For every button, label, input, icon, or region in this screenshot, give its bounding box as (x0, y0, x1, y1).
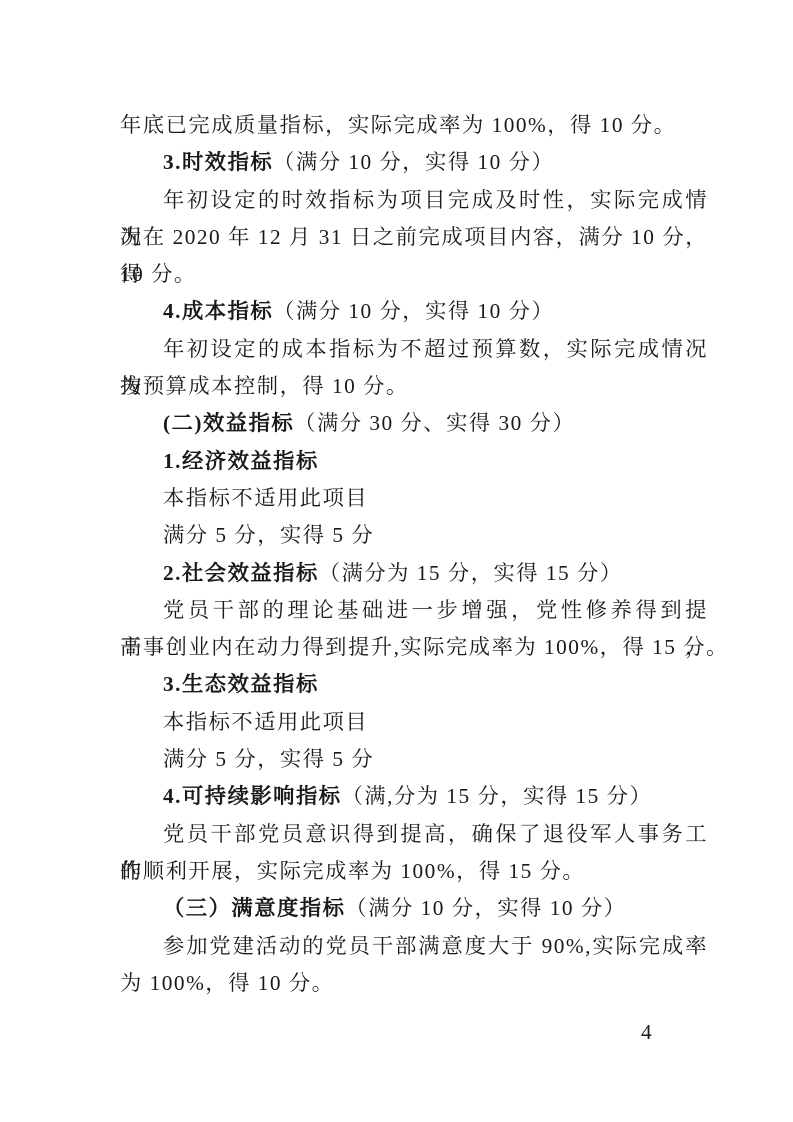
text-line: 1.经济效益指标 (120, 443, 708, 480)
text-line: 满分 5 分，实得 5 分 (120, 517, 708, 554)
heading-text: 2.社会效益指标 (163, 561, 319, 585)
text-line: 年底已完成质量指标，实际完成率为 100%，得 10 分。 (120, 107, 708, 144)
text-line: 4.可持续影响指标（满,分为 15 分，实得 15 分） (120, 778, 708, 815)
body-text: 的顺利开展，实际完成率为 100%，得 15 分。 (120, 859, 585, 883)
page-number: 4 (641, 1014, 652, 1051)
body-text: （满分 10 分，实得 10 分） (345, 896, 626, 920)
body-text: （满分 10 分，实得 10 分） (273, 299, 554, 323)
text-line: (二)效益指标（满分 30 分、实得 30 分） (120, 405, 708, 442)
text-line: （三）满意度指标（满分 10 分，实得 10 分） (120, 890, 708, 927)
document-body: 年底已完成质量指标，实际完成率为 100%，得 10 分。3.时效指标（满分 1… (120, 107, 708, 1002)
text-line: 按预算成本控制，得 10 分。 (120, 368, 708, 405)
text-line: 为在 2020 年 12 月 31 日之前完成项目内容，满分 10 分，得 (120, 219, 708, 256)
body-text: （满分为 15 分，实得 15 分） (319, 561, 623, 585)
heading-text: 1.经济效益指标 (163, 449, 319, 473)
text-line: 3.时效指标（满分 10 分，实得 10 分） (120, 144, 708, 181)
text-line: 的顺利开展，实际完成率为 100%，得 15 分。 (120, 853, 708, 890)
body-text: 满分 5 分，实得 5 分 (163, 747, 374, 771)
body-text: 本指标不适用此项目 (163, 710, 368, 734)
text-line: 2.社会效益指标（满分为 15 分，实得 15 分） (120, 555, 708, 592)
heading-text: 3.生态效益指标 (163, 672, 319, 696)
text-line: 党员干部的理论基础进一步增强，党性修养得到提高， (120, 592, 708, 629)
heading-text: (二)效益指标 (163, 411, 294, 435)
body-text: 干事创业内在动力得到提升,实际完成率为 100%，得 15 分。 (120, 635, 729, 659)
text-line: 本指标不适用此项目 (120, 480, 708, 517)
body-text: （满分 30 分、实得 30 分） (294, 411, 575, 435)
text-line: 4.成本指标（满分 10 分，实得 10 分） (120, 293, 708, 330)
text-line: 为 100%，得 10 分。 (120, 965, 708, 1002)
text-line: 参加党建活动的党员干部满意度大于 90%,实际完成率 (120, 928, 708, 965)
heading-text: （三）满意度指标 (163, 896, 345, 920)
body-text: 参加党建活动的党员干部满意度大于 90%,实际完成率 (163, 934, 708, 958)
text-line: 10 分。 (120, 256, 708, 293)
heading-text: 4.成本指标 (163, 299, 273, 323)
text-line: 满分 5 分，实得 5 分 (120, 741, 708, 778)
text-line: 年初设定的成本指标为不超过预算数，实际完成情况为 (120, 331, 708, 368)
text-line: 3.生态效益指标 (120, 666, 708, 703)
heading-text: 3.时效指标 (163, 150, 273, 174)
document-page: 年底已完成质量指标，实际完成率为 100%，得 10 分。3.时效指标（满分 1… (0, 0, 793, 1122)
body-text: （满,分为 15 分，实得 15 分） (342, 784, 653, 808)
text-line: 党员干部党员意识得到提高，确保了退役军人事务工作 (120, 816, 708, 853)
body-text: 本指标不适用此项目 (163, 486, 368, 510)
body-text: （满分 10 分，实得 10 分） (273, 150, 554, 174)
body-text: 按预算成本控制，得 10 分。 (120, 374, 409, 398)
body-text: 年底已完成质量指标，实际完成率为 100%，得 10 分。 (120, 113, 676, 137)
body-text: 满分 5 分，实得 5 分 (163, 523, 374, 547)
text-line: 年初设定的时效指标为项目完成及时性，实际完成情况 (120, 182, 708, 219)
body-text: 为 100%，得 10 分。 (120, 971, 334, 995)
heading-text: 4.可持续影响指标 (163, 784, 342, 808)
body-text: 10 分。 (120, 262, 197, 286)
text-line: 干事创业内在动力得到提升,实际完成率为 100%，得 15 分。 (120, 629, 708, 666)
text-line: 本指标不适用此项目 (120, 704, 708, 741)
